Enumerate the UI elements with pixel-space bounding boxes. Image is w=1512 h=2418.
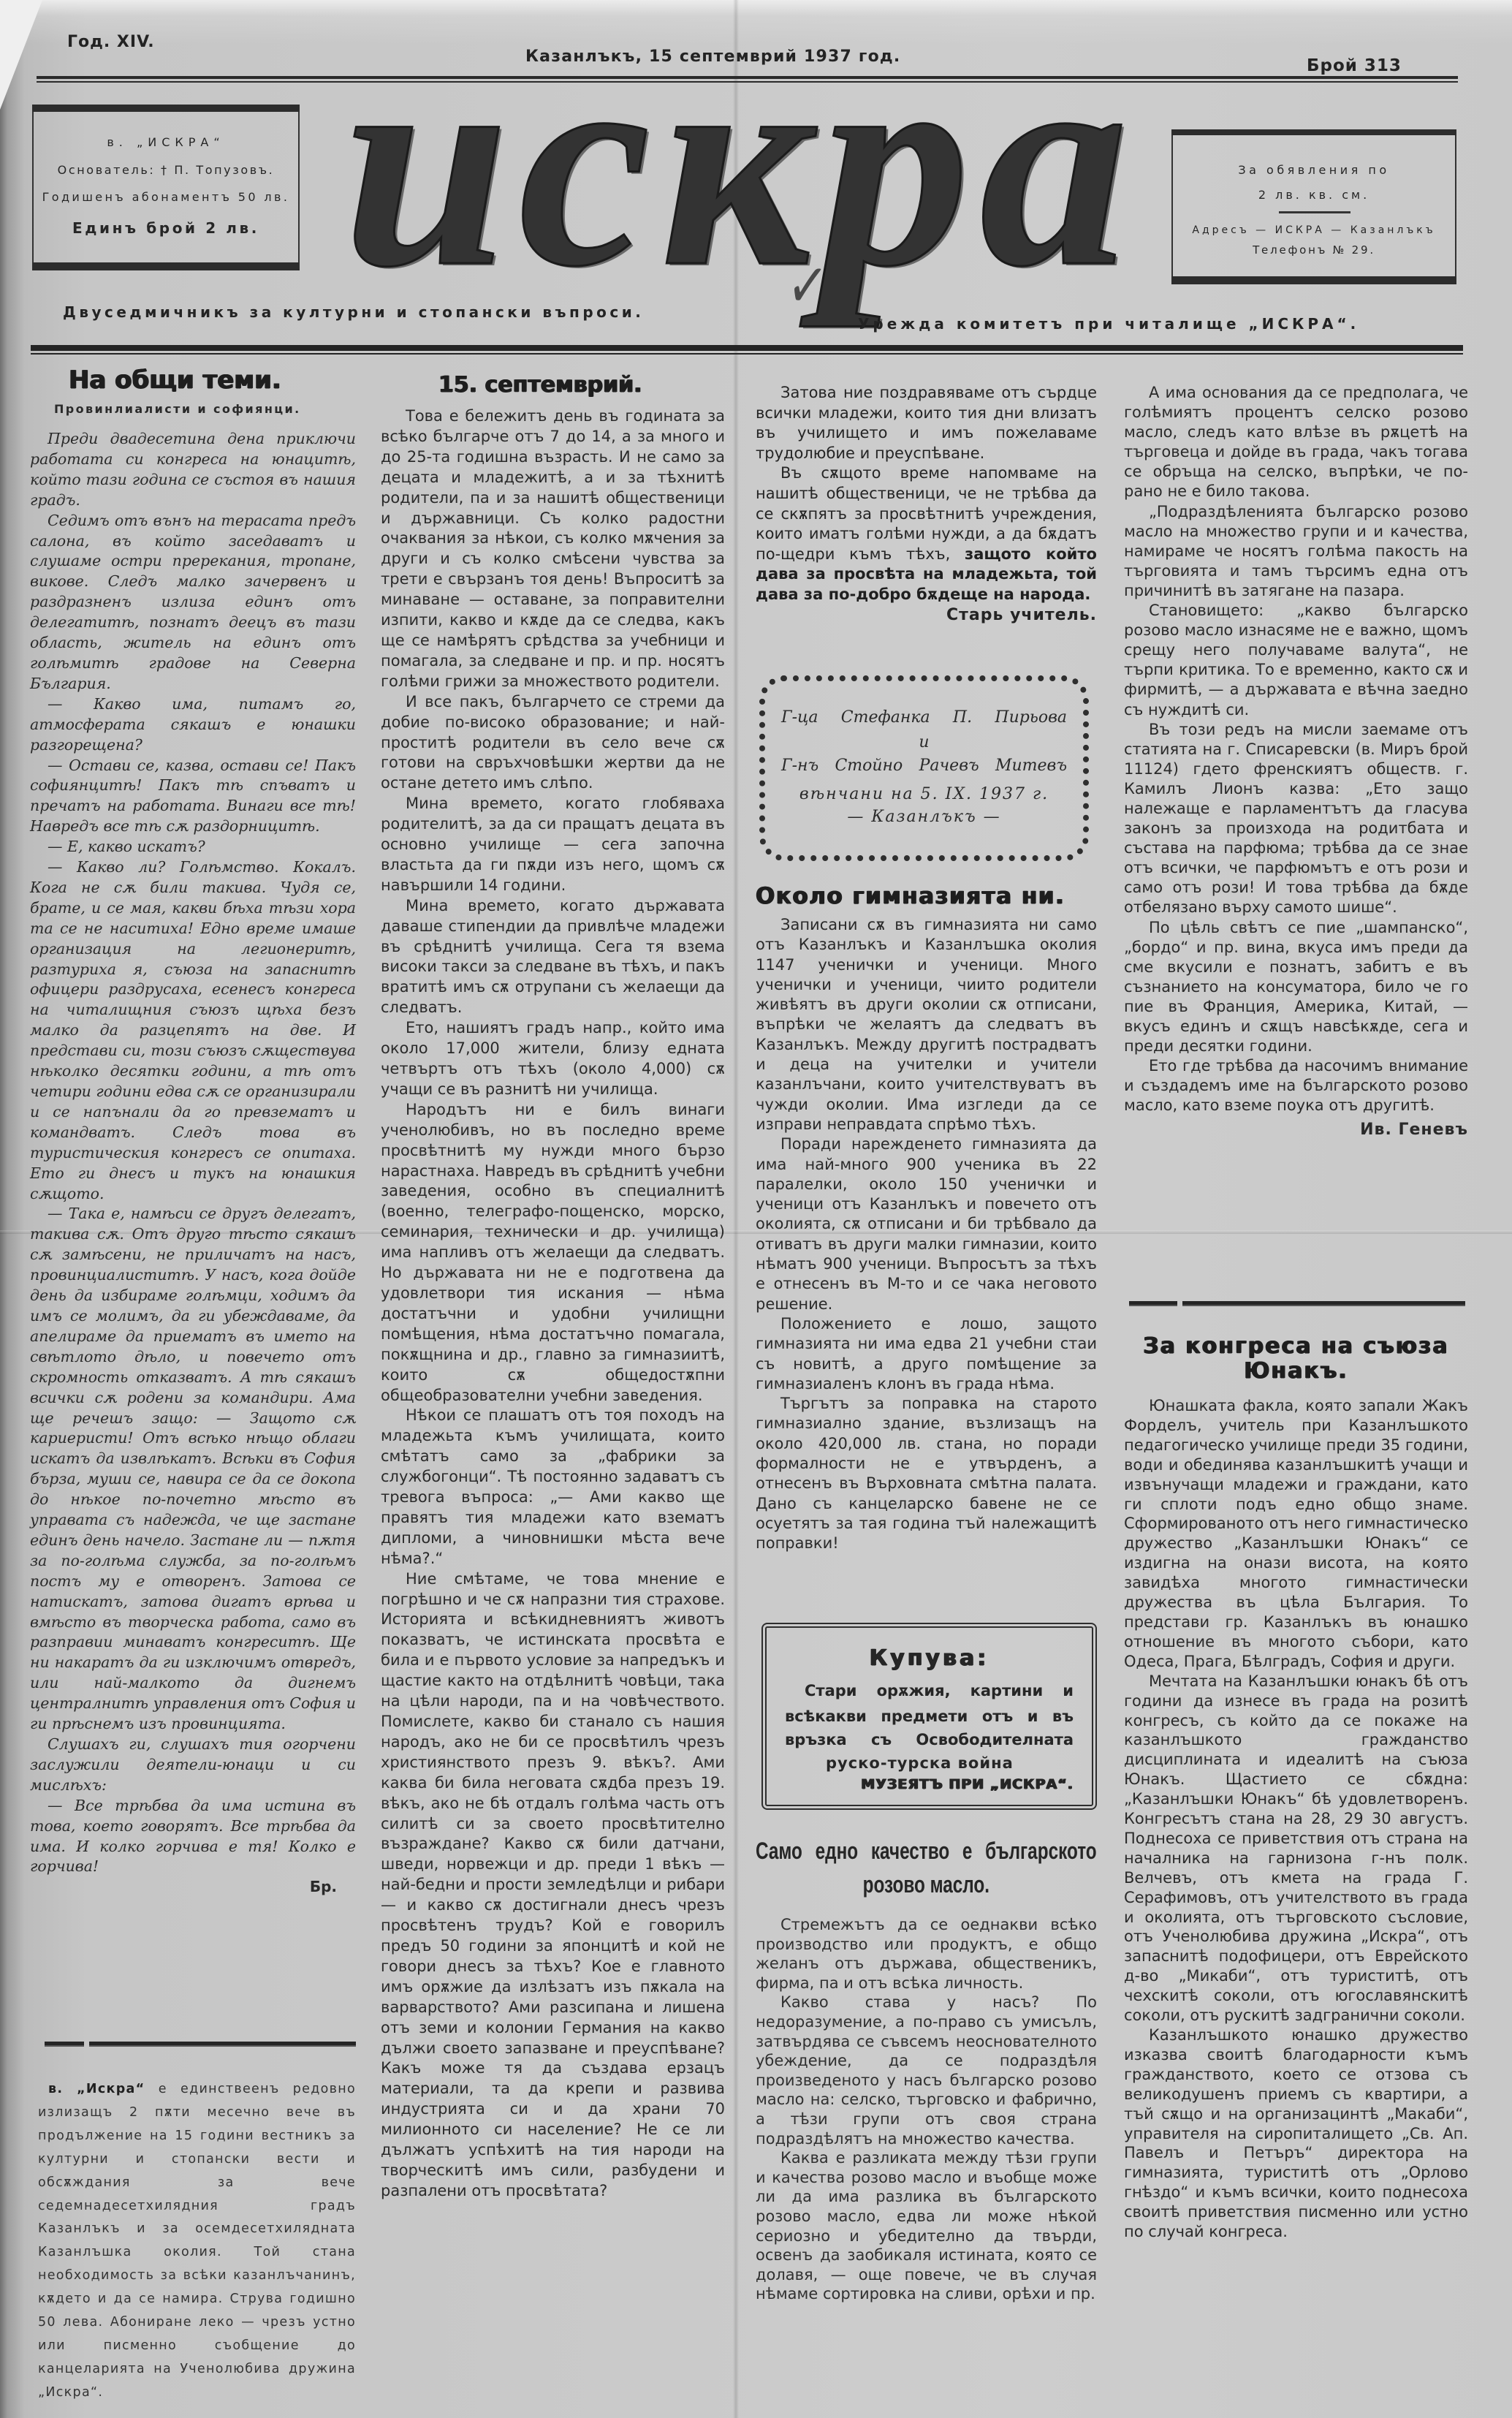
paragraph: Юнашката факла, която запали Жакъ Фордел… xyxy=(1124,1396,1468,1672)
paragraph: По цѣль свѣтъ се пие „шампанско“, „бордо… xyxy=(1124,918,1468,1057)
author-signature: Ив. Геневъ xyxy=(1124,1120,1468,1140)
article-body-rose-oil-continued: А има основания да се предполага, че гол… xyxy=(1124,383,1468,1140)
article-title-line-1: За конгреса на съюза xyxy=(1124,1334,1468,1359)
paragraph: Мечтата на Казанлъшки юнакъ бѣ отъ годин… xyxy=(1124,1672,1468,2025)
newspaper-page: Год. XIV. Казанлъкъ, 15 септемврий 1937 … xyxy=(0,0,1512,2418)
section-rule-short xyxy=(1129,1301,1177,1306)
paragraph: Становището: „какво българско розово мас… xyxy=(1124,601,1468,720)
paragraph: „Подраздѣленията българско розово масло … xyxy=(1124,502,1468,601)
column-4: А има основания да се предполага, че гол… xyxy=(0,0,1512,2418)
paragraph: Ето где трѣбва да насочимъ внимание и съ… xyxy=(1124,1056,1468,1115)
paragraph: Въ този редъ на мисли заемаме отъ статия… xyxy=(1124,720,1468,918)
article-title-line-2: Юнакъ. xyxy=(1124,1359,1468,1384)
section-rule-long xyxy=(1182,1301,1465,1306)
article-body-yunak-congress: Юнашката факла, която запали Жакъ Фордел… xyxy=(1124,1396,1468,2242)
paragraph: Казанлъшкото юнашко дружество изказва св… xyxy=(1124,2025,1468,2242)
paragraph: А има основания да се предполага, че гол… xyxy=(1124,383,1468,502)
